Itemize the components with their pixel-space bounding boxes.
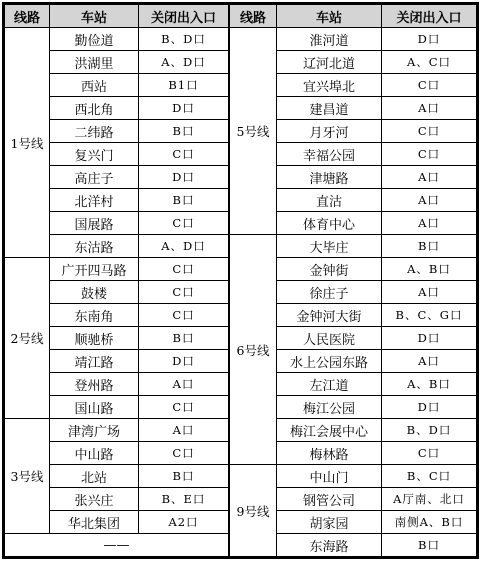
line-cell: 3号线: [5, 419, 50, 534]
station-cell: 勤俭道: [50, 28, 139, 51]
station-cell: 顺驰桥: [50, 327, 139, 350]
station-cell: 华北集团: [50, 511, 139, 534]
station-cell: 中山门: [277, 465, 382, 488]
col-header-line: 线路: [230, 5, 277, 28]
line-cell: 2号线: [5, 258, 50, 419]
col-header-exits: 关闭出入口: [382, 5, 477, 28]
station-cell: 辽河北道: [277, 51, 382, 74]
station-cell: 钢管公司: [277, 488, 382, 511]
station-cell: 体育中心: [277, 212, 382, 235]
station-cell: 大毕庄: [277, 235, 382, 258]
exits-cell: A口: [382, 97, 477, 120]
exits-cell: B口: [382, 235, 477, 258]
table-row: 1号线勤俭道B、D口: [5, 28, 229, 51]
exits-cell: C口: [139, 258, 229, 281]
station-cell: 复兴门: [50, 143, 139, 166]
station-cell: 广开四马路: [50, 258, 139, 281]
exits-cell: A口: [382, 189, 477, 212]
exits-cell: D口: [139, 97, 229, 120]
station-cell: 东沽路: [50, 235, 139, 258]
col-header-line: 线路: [5, 5, 50, 28]
exits-cell: B口: [139, 189, 229, 212]
station-cell: 北洋村: [50, 189, 139, 212]
exits-cell: B1口: [139, 74, 229, 97]
exits-cell: C口: [382, 442, 477, 465]
exits-cell: A厅南、北口: [382, 488, 477, 511]
table-row: 5号线淮河道D口: [230, 28, 477, 51]
footer-cell: ——: [5, 534, 229, 557]
exits-cell: C口: [139, 396, 229, 419]
exits-cell: D口: [139, 166, 229, 189]
exits-cell: D口: [139, 350, 229, 373]
closure-table-frame: 线路 车站 关闭出入口 1号线勤俭道B、D口洪湖里A、D口西站B1口西北角D口二…: [2, 2, 479, 559]
station-cell: 金钟河大街: [277, 304, 382, 327]
station-cell: 西站: [50, 74, 139, 97]
exits-cell: A、D口: [139, 51, 229, 74]
table-row: 9号线中山门B、C口: [230, 465, 477, 488]
station-cell: 靖江路: [50, 350, 139, 373]
line-cell: 1号线: [5, 28, 50, 258]
station-cell: 幸福公园: [277, 143, 382, 166]
table-row: 2号线广开四马路C口: [5, 258, 229, 281]
station-cell: 国山路: [50, 396, 139, 419]
station-cell: 梅江公园: [277, 396, 382, 419]
station-cell: 建昌道: [277, 97, 382, 120]
exits-cell: B口: [139, 120, 229, 143]
station-cell: 金钟街: [277, 258, 382, 281]
exits-cell: C口: [139, 304, 229, 327]
right-table-body: 5号线淮河道D口辽河北道A、C口宜兴埠北C口建昌道A口月牙河C口幸福公园C口津塘…: [230, 28, 477, 557]
station-cell: 东海路: [277, 534, 382, 557]
exits-cell: A、D口: [139, 235, 229, 258]
exits-cell: C口: [382, 74, 477, 97]
exits-cell: B口: [139, 327, 229, 350]
exits-cell: B、C口: [382, 465, 477, 488]
exits-cell: 南侧A、B口: [382, 511, 477, 534]
station-cell: 鼓楼: [50, 281, 139, 304]
station-cell: 人民医院: [277, 327, 382, 350]
station-cell: 张兴庄: [50, 488, 139, 511]
station-cell: 中山路: [50, 442, 139, 465]
station-cell: 宜兴埠北: [277, 74, 382, 97]
exits-cell: B、E口: [139, 488, 229, 511]
exits-cell: A口: [382, 350, 477, 373]
station-cell: 梅江会展中心: [277, 419, 382, 442]
exits-cell: B、D口: [382, 419, 477, 442]
header-row: 线路 车站 关闭出入口: [230, 5, 477, 28]
line-cell: 5号线: [230, 28, 277, 235]
station-cell: 月牙河: [277, 120, 382, 143]
exits-cell: D口: [382, 396, 477, 419]
station-cell: 徐庄子: [277, 281, 382, 304]
exits-cell: A口: [382, 166, 477, 189]
exits-cell: B口: [382, 534, 477, 557]
station-cell: 梅林路: [277, 442, 382, 465]
exits-cell: A2口: [139, 511, 229, 534]
table-row: 6号线大毕庄B口: [230, 235, 477, 258]
exits-cell: D口: [382, 28, 477, 51]
exits-cell: C口: [139, 212, 229, 235]
exits-cell: A、B口: [382, 258, 477, 281]
station-cell: 国展路: [50, 212, 139, 235]
col-header-station: 车站: [277, 5, 382, 28]
exits-cell: B、D口: [139, 28, 229, 51]
line-cell: 6号线: [230, 235, 277, 465]
station-cell: 左江道: [277, 373, 382, 396]
station-cell: 高庄子: [50, 166, 139, 189]
station-cell: 津湾广场: [50, 419, 139, 442]
col-header-station: 车站: [50, 5, 139, 28]
exits-cell: D口: [382, 327, 477, 350]
exits-cell: C口: [382, 120, 477, 143]
exits-cell: A口: [382, 212, 477, 235]
station-cell: 登州路: [50, 373, 139, 396]
exits-cell: C口: [139, 143, 229, 166]
line-cell: 9号线: [230, 465, 277, 557]
closure-table-left: 线路 车站 关闭出入口 1号线勤俭道B、D口洪湖里A、D口西站B1口西北角D口二…: [4, 4, 229, 557]
header-row: 线路 车站 关闭出入口: [5, 5, 229, 28]
station-cell: 洪湖里: [50, 51, 139, 74]
station-cell: 津塘路: [277, 166, 382, 189]
closure-table-right: 线路 车站 关闭出入口 5号线淮河道D口辽河北道A、C口宜兴埠北C口建昌道A口月…: [229, 4, 477, 557]
exits-cell: C口: [139, 442, 229, 465]
station-cell: 二纬路: [50, 120, 139, 143]
exits-cell: A口: [139, 419, 229, 442]
table-row: 3号线津湾广场A口: [5, 419, 229, 442]
exits-cell: B口: [139, 465, 229, 488]
station-cell: 淮河道: [277, 28, 382, 51]
exits-cell: A、B口: [382, 373, 477, 396]
exits-cell: A、C口: [382, 51, 477, 74]
footer-row: ——: [5, 534, 229, 557]
exits-cell: B、C、G口: [382, 304, 477, 327]
station-cell: 胡家园: [277, 511, 382, 534]
station-cell: 直沽: [277, 189, 382, 212]
station-cell: 北站: [50, 465, 139, 488]
left-table-body: 1号线勤俭道B、D口洪湖里A、D口西站B1口西北角D口二纬路B口复兴门C口高庄子…: [5, 28, 229, 557]
exits-cell: C口: [139, 281, 229, 304]
exits-cell: A口: [382, 281, 477, 304]
exits-cell: A口: [139, 373, 229, 396]
station-cell: 水上公园东路: [277, 350, 382, 373]
station-cell: 西北角: [50, 97, 139, 120]
col-header-exits: 关闭出入口: [139, 5, 229, 28]
exits-cell: C口: [382, 143, 477, 166]
station-cell: 东南角: [50, 304, 139, 327]
